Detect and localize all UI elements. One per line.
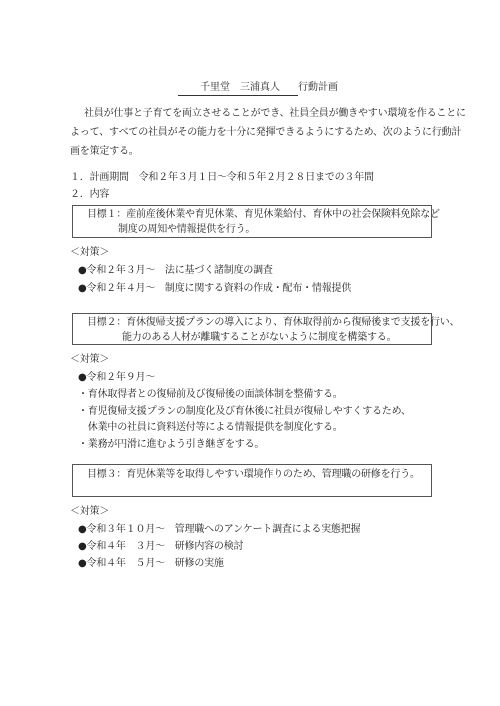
goal-3-measure-2: ●令和４年 ３月～ 研修内容の検討	[78, 541, 243, 553]
intro-line-3: 画を策定する。	[70, 146, 139, 158]
goal-1-measure-1: ●令和２年３月～ 法に基づく諸制度の調査	[78, 265, 273, 277]
goal-2-measure-4: 休業中の社員に資料送付等による情報提供を制度化する。	[78, 422, 343, 434]
goal-1-line-1: 目標１：産前産後休業や育児休業、育児休業給付、育休中の社会保険料免除など	[87, 209, 440, 221]
goal-1-line-2: 制度の周知や情報提供を行う。	[118, 224, 255, 236]
goal-2-line-1: 目標２：育休復帰支援プランの導入により、育休取得前から復帰後まで支援を行い、	[87, 317, 459, 329]
goal-2-measure-1: ●令和２年９月～	[78, 372, 155, 384]
goal-1-measures-label: ＜対策＞	[70, 247, 109, 259]
title-suffix: 行動計画	[298, 82, 338, 93]
title-underlined-name: 千里堂 三浦真人	[178, 82, 298, 96]
goal-1-measure-2: ●令和２年４月～ 制度に関する資料の作成・配布・情報提供	[78, 283, 351, 295]
company-name: 千里堂	[200, 82, 230, 93]
goal-3-line-1: 目標３：育児休業等を取得しやすい環境作りのため、管理職の研修を行う。	[87, 469, 420, 481]
intro-line-2: よって、すべての社員がその能力を十分に発揮できるようにするため、次のように行動計	[70, 127, 461, 139]
representative-name: 三浦真人	[240, 82, 280, 93]
goal-2-measure-2: ・育休取得者との復帰前及び復帰後の面談体制を整備する。	[78, 389, 343, 401]
goal-2-measure-5: ・業務が円滑に進むよう引き継ぎをする。	[78, 439, 264, 451]
goal-2-measures-label: ＜対策＞	[70, 354, 109, 366]
goal-3-measure-1: ●令和３年１０月～ 管理職へのアンケート調査による実態把握	[78, 524, 360, 536]
goal-3-measure-3: ●令和４年 ５月～ 研修の実施	[78, 558, 224, 570]
intro-line-1: 社員が仕事と子育てを両立させることができ、社員全員が働きやすい環境を作ることに	[84, 108, 466, 120]
goal-3-measures-label: ＜対策＞	[70, 506, 109, 518]
document-title: 千里堂 三浦真人行動計画	[178, 82, 338, 96]
goal-2-measure-3: ・育児復帰支援プランの制度化及び育休後に社員が復帰しやすくするため、	[78, 406, 411, 418]
contents-heading: ２．内容	[70, 189, 109, 201]
goal-2-line-2: 能力のある人材が離職することがないように制度を構築する。	[122, 332, 396, 344]
plan-period: １．計画期間 令和２年３月１日～令和５年２月２８日までの３年間	[70, 172, 374, 184]
